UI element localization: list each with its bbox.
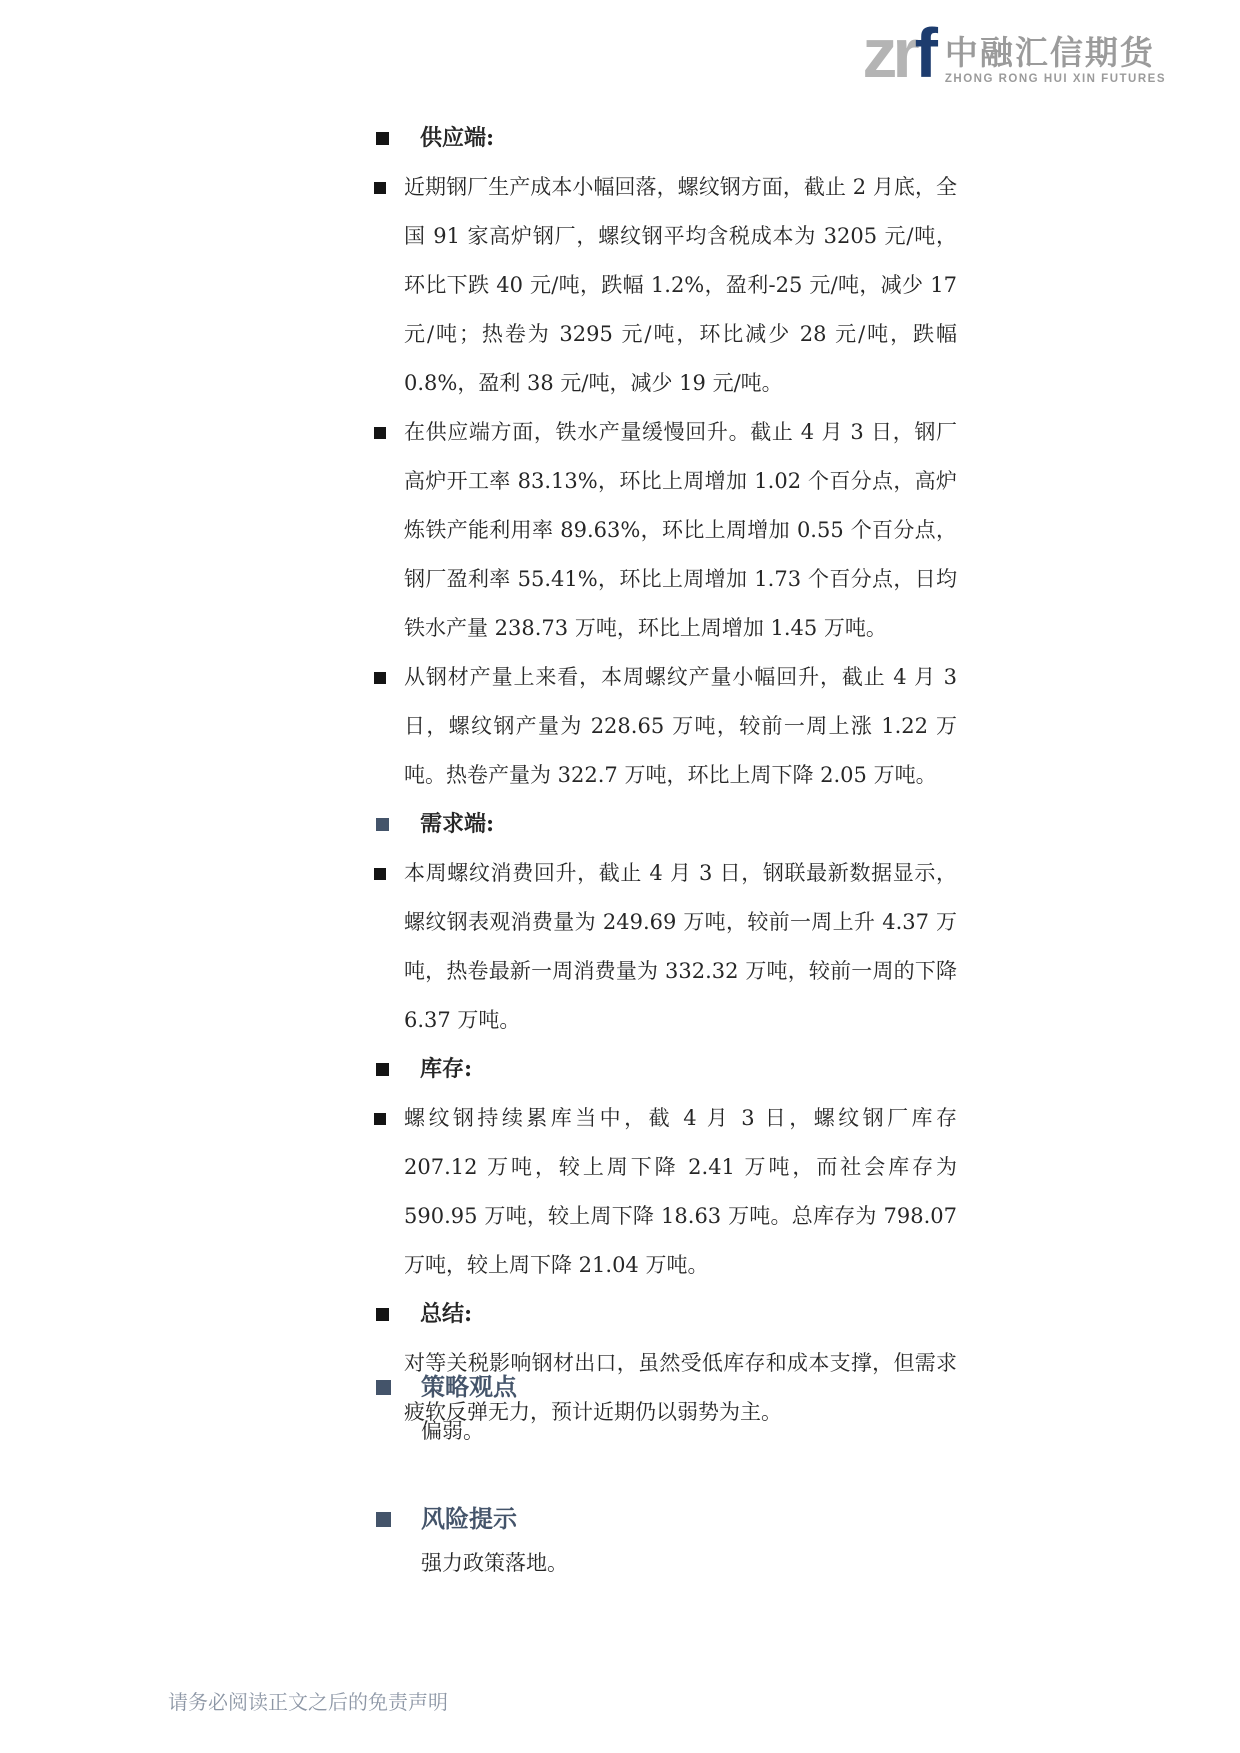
bullet-square-icon — [376, 132, 389, 145]
paragraph-text: 从钢材产量上来看，本周螺纹产量小幅回升，截止 4 月 3 日，螺纹钢产量为 22… — [404, 653, 957, 800]
logo-letters-zr: zr — [862, 14, 914, 92]
risk-body: 强力政策落地。 — [421, 1542, 962, 1584]
strategy-body: 偏弱。 — [421, 1410, 962, 1452]
paragraph-text: 近期钢厂生产成本小幅回落，螺纹钢方面，截止 2 月底，全国 91 家高炉钢厂，螺… — [404, 163, 957, 408]
logo-letter-f: f — [915, 14, 933, 92]
section-heading-supply: 供应端: — [340, 114, 962, 163]
bullet-square-icon — [374, 182, 386, 194]
paragraph-text: 螺纹钢持续累库当中，截 4 月 3 日，螺纹钢厂库存 207.12 万吨，较上周… — [404, 1094, 957, 1290]
strategy-title: 策略观点 — [421, 1366, 517, 1408]
paragraph-steel-output: 从钢材产量上来看，本周螺纹产量小幅回升，截止 4 月 3 日，螺纹钢产量为 22… — [340, 653, 962, 800]
company-name-cn: 中融汇信期货 — [945, 34, 1166, 72]
company-logo: zrf 中融汇信期货 ZHONG RONG HUI XIN FUTURES — [862, 20, 1166, 90]
strategy-heading: 策略观点 — [340, 1366, 962, 1408]
paragraph-inventory: 螺纹钢持续累库当中，截 4 月 3 日，螺纹钢厂库存 207.12 万吨，较上周… — [340, 1094, 962, 1290]
report-page: zrf 中融汇信期货 ZHONG RONG HUI XIN FUTURES 供应… — [0, 0, 1240, 1753]
bullet-square-icon — [376, 818, 389, 831]
report-body: 供应端: 近期钢厂生产成本小幅回落，螺纹钢方面，截止 2 月底，全国 91 家高… — [340, 114, 962, 1437]
section-heading-label: 库存: — [420, 1045, 472, 1094]
section-heading-label: 需求端: — [420, 800, 494, 849]
company-name-block: 中融汇信期货 ZHONG RONG HUI XIN FUTURES — [945, 20, 1166, 87]
strategy-section: 策略观点 偏弱。 — [340, 1366, 962, 1452]
paragraph-cost: 近期钢厂生产成本小幅回落，螺纹钢方面，截止 2 月底，全国 91 家高炉钢厂，螺… — [340, 163, 962, 408]
section-heading-summary: 总结: — [340, 1290, 962, 1339]
bullet-square-icon — [374, 672, 386, 684]
bullet-square-icon — [374, 427, 386, 439]
bullet-square-icon — [376, 1308, 389, 1321]
section-heading-demand: 需求端: — [340, 800, 962, 849]
risk-heading: 风险提示 — [340, 1498, 962, 1540]
bullet-square-icon — [376, 1380, 391, 1395]
section-heading-label: 总结: — [420, 1290, 472, 1339]
section-heading-label: 供应端: — [420, 114, 494, 163]
bullet-square-icon — [376, 1063, 389, 1076]
company-name-en: ZHONG RONG HUI XIN FUTURES — [945, 72, 1166, 87]
paragraph-iron-output: 在供应端方面，铁水产量缓慢回升。截止 4 月 3 日，钢厂高炉开工率 83.13… — [340, 408, 962, 653]
strategy-risk-area: 策略观点 偏弱。 风险提示 强力政策落地。 — [340, 1366, 962, 1584]
paragraph-text: 本周螺纹消费回升，截止 4 月 3 日，钢联最新数据显示，螺纹钢表观消费量为 2… — [404, 849, 957, 1045]
zrf-logo-icon: zrf — [862, 16, 933, 90]
section-heading-inventory: 库存: — [340, 1045, 962, 1094]
paragraph-text: 在供应端方面，铁水产量缓慢回升。截止 4 月 3 日，钢厂高炉开工率 83.13… — [404, 408, 957, 653]
risk-section: 风险提示 强力政策落地。 — [340, 1498, 962, 1584]
bullet-square-icon — [376, 1512, 391, 1527]
paragraph-consumption: 本周螺纹消费回升，截止 4 月 3 日，钢联最新数据显示，螺纹钢表观消费量为 2… — [340, 849, 962, 1045]
footer-disclaimer: 请务必阅读正文之后的免责声明 — [168, 1688, 448, 1716]
risk-title: 风险提示 — [421, 1498, 517, 1540]
bullet-square-icon — [374, 868, 386, 880]
bullet-square-icon — [374, 1113, 386, 1125]
